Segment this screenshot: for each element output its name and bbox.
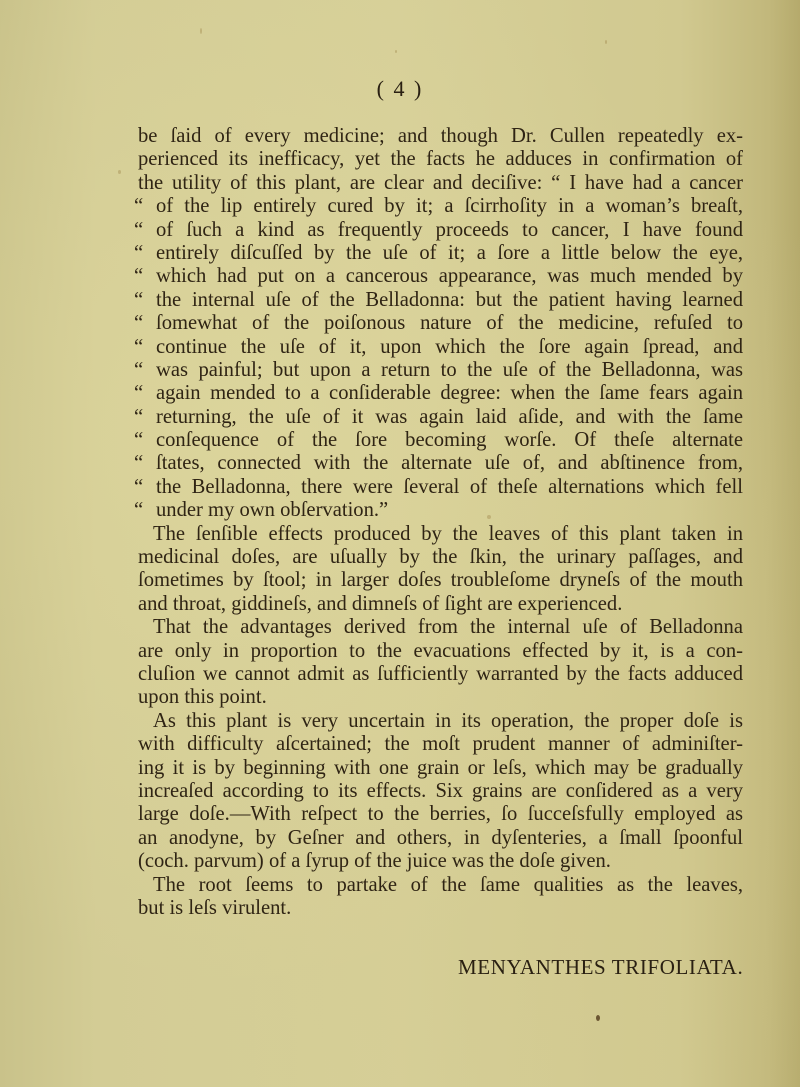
line-text: under my own obſervation.” [156, 499, 388, 521]
text-line: ing it is by beginning with one grain or… [138, 757, 743, 780]
quotation-mark: “ [134, 476, 156, 499]
line-text: continue the uſe of it, upon which the ſ… [156, 336, 743, 358]
foxing-spot [395, 50, 397, 53]
text-line: That the advantages derived from the int… [138, 616, 743, 639]
foxing-spot [118, 170, 121, 174]
line-text: of ſuch a kind as frequently proceeds to… [156, 219, 743, 241]
line-text: perienced its inefficacy, yet the facts … [138, 148, 743, 170]
line-text: increaſed according to its effects. Six … [138, 780, 743, 802]
quotation-mark: “ [134, 242, 156, 265]
line-text: ing it is by beginning with one grain or… [138, 757, 743, 779]
text-line: “again mended to a conſiderable degree: … [138, 382, 743, 405]
text-line: increaſed according to its effects. Six … [138, 780, 743, 803]
line-text: but is leſs virulent. [138, 897, 291, 919]
line-text: returning, the uſe of it was again laid … [156, 406, 743, 428]
quotation-mark: “ [134, 382, 156, 405]
line-text: ſomewhat of the poiſonous nature of the … [156, 312, 743, 334]
line-text: which had put on a cancerous appearance,… [156, 265, 743, 287]
quotation-mark: “ [134, 429, 156, 452]
quotation-mark: “ [134, 219, 156, 242]
foxing-spot [605, 40, 607, 44]
quotation-mark: “ [134, 499, 156, 522]
text-line: “ſtates, connected with the alternate uſ… [138, 452, 743, 475]
line-text: was painful; but upon a return to the uſ… [156, 359, 743, 381]
text-line: “conſequence of the ſore becoming worſe.… [138, 429, 743, 452]
text-line: “returning, the uſe of it was again laid… [138, 406, 743, 429]
line-text: ſtates, connected with the alternate uſe… [156, 452, 743, 474]
line-text: with difficulty aſcertained; the moſt pr… [138, 733, 743, 755]
text-line: “was painful; but upon a return to the u… [138, 359, 743, 382]
line-text: again mended to a conſiderable degree: w… [156, 382, 743, 404]
quotation-mark: “ [134, 312, 156, 335]
quotation-mark: “ [134, 452, 156, 475]
text-line: upon this point. [138, 686, 743, 709]
quotation-mark: “ [134, 195, 156, 218]
text-line: cluſion we cannot admit as ſufficiently … [138, 663, 743, 686]
quotation-mark: “ [134, 406, 156, 429]
ink-mark [596, 1015, 600, 1021]
line-text: the utility of this plant, are clear and… [138, 172, 743, 194]
text-line: ſometimes by ſtool; in larger doſes trou… [138, 569, 743, 592]
text-line: medicinal doſes, are uſually by the ſkin… [138, 546, 743, 569]
line-text: conſequence of the ſore becoming worſe. … [156, 429, 743, 451]
line-text: ſometimes by ſtool; in larger doſes trou… [138, 569, 743, 591]
foxing-spot [200, 28, 202, 34]
text-line: with difficulty aſcertained; the moſt pr… [138, 733, 743, 756]
line-text: As this plant is very uncertain in its o… [153, 710, 743, 732]
text-line: “the internal uſe of the Belladonna: but… [138, 289, 743, 312]
line-text: medicinal doſes, are uſually by the ſkin… [138, 546, 743, 568]
line-text: be ſaid of every medicine; and though Dr… [138, 125, 743, 147]
page-number: ( 4 ) [0, 76, 800, 102]
book-page: ( 4 ) be ſaid of every medicine; and tho… [0, 0, 800, 1087]
text-line: an anodyne, by Geſner and others, in dyſ… [138, 827, 743, 850]
text-line: perienced its inefficacy, yet the facts … [138, 148, 743, 171]
quotation-mark: “ [134, 265, 156, 288]
line-text: The root ſeems to partake of the ſame qu… [153, 874, 743, 896]
text-line: but is leſs virulent. [138, 897, 743, 920]
text-line: are only in proportion to the evacuation… [138, 640, 743, 663]
text-line: and throat, giddineſs, and dimneſs of ſi… [138, 593, 743, 616]
line-text: an anodyne, by Geſner and others, in dyſ… [138, 827, 743, 849]
text-line: “ſomewhat of the poiſonous nature of the… [138, 312, 743, 335]
text-line: “entirely diſcuſſed by the uſe of it; a … [138, 242, 743, 265]
quotation-mark: “ [134, 289, 156, 312]
text-line: (coch. parvum) of a ſyrup of the juice w… [138, 850, 743, 873]
line-text: are only in proportion to the evacuation… [138, 640, 743, 662]
line-text: That the advantages derived from the int… [153, 616, 743, 638]
text-line: “under my own obſervation.” [138, 499, 743, 522]
line-text: of the lip entirely cured by it; a ſcirr… [156, 195, 743, 217]
quotation-mark: “ [134, 359, 156, 382]
line-text: the internal uſe of the Belladonna: but … [156, 289, 743, 311]
line-text: the Belladonna, there were ſeveral of th… [156, 476, 743, 498]
line-text: large doſe.—With reſpect to the berries,… [138, 803, 743, 825]
text-line: the utility of this plant, are clear and… [138, 172, 743, 195]
line-text: upon this point. [138, 686, 267, 708]
quotation-mark: “ [134, 336, 156, 359]
text-line: “of ſuch a kind as frequently proceeds t… [138, 219, 743, 242]
line-text: (coch. parvum) of a ſyrup of the juice w… [138, 850, 611, 872]
text-line: The root ſeems to partake of the ſame qu… [138, 874, 743, 897]
text-line: be ſaid of every medicine; and though Dr… [138, 125, 743, 148]
line-text: entirely diſcuſſed by the uſe of it; a ſ… [156, 242, 743, 264]
text-line: “the Belladonna, there were ſeveral of t… [138, 476, 743, 499]
line-text: The ſenſible effects produced by the lea… [153, 523, 743, 545]
text-line: “of the lip entirely cured by it; a ſcir… [138, 195, 743, 218]
text-line: “which had put on a cancerous appearance… [138, 265, 743, 288]
catchword-heading: MENYANTHES TRIFOLIATA. [458, 955, 743, 980]
line-text: cluſion we cannot admit as ſufficiently … [138, 663, 743, 685]
body-text: be ſaid of every medicine; and though Dr… [138, 125, 743, 920]
text-line: “continue the uſe of it, upon which the … [138, 336, 743, 359]
text-line: As this plant is very uncertain in its o… [138, 710, 743, 733]
text-line: large doſe.—With reſpect to the berries,… [138, 803, 743, 826]
line-text: and throat, giddineſs, and dimneſs of ſi… [138, 593, 622, 615]
text-line: The ſenſible effects produced by the lea… [138, 523, 743, 546]
